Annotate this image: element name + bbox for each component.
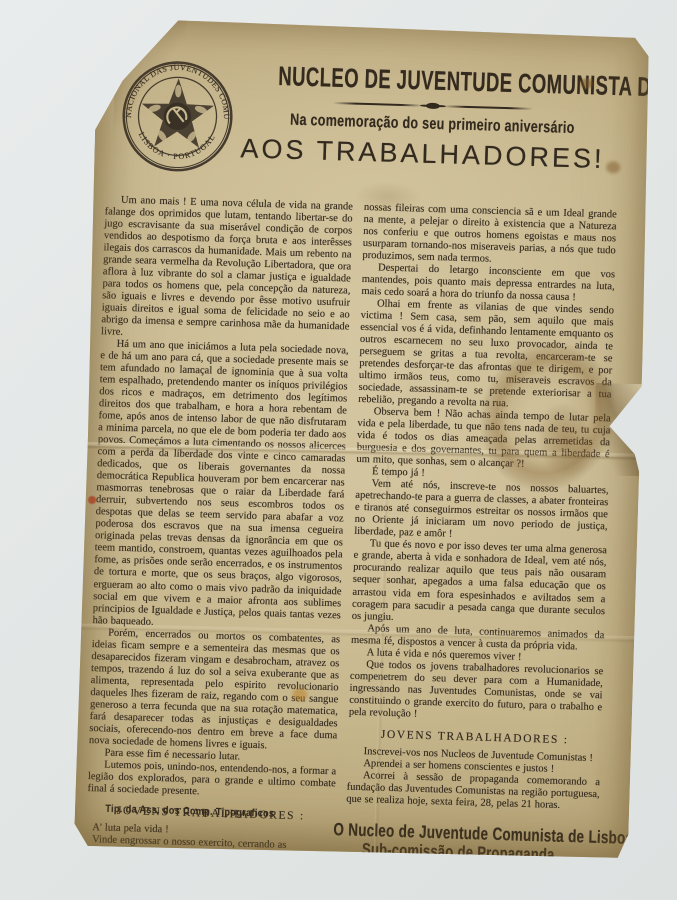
two-column-body: Um ano mais ! E uma nova célula de vida … xyxy=(85,194,617,891)
left-column: Um ano mais ! E uma nova célula de vida … xyxy=(85,194,353,884)
paragraph: nossas fileiras com uma consciencia sã e… xyxy=(362,202,617,270)
paragraph: Olhai em frente as vilanias de que vinde… xyxy=(358,298,614,414)
ornament-divider-icon xyxy=(333,100,533,112)
anniversary-subtitle: Na comemoração do seu primeiro aniversár… xyxy=(290,110,575,136)
paragraph: Observa bem ! Não achas ainda tempo de l… xyxy=(356,406,611,474)
paragraph: Tu que és novo e por isso deves ter uma … xyxy=(352,538,607,630)
star-hammer-sickle-seal-icon: JUNTA NACIONAL DAS JUVENTUDES COMUNISTAS… xyxy=(118,57,237,176)
svg-text:LISBOA · PORTUGAL: LISBOA · PORTUGAL xyxy=(136,130,217,162)
right-column: nossas fileiras com uma consciencia sã e… xyxy=(344,202,617,892)
leaflet-paper: JUNTA NACIONAL DAS JUVENTUDES COMUNISTAS… xyxy=(74,18,652,862)
paragraph: Um ano mais ! E uma nova célula de vida … xyxy=(101,194,353,345)
printed-content: JUNTA NACIONAL DAS JUVENTUDES COMUNISTAS… xyxy=(74,18,652,862)
section-heading: JOVENS TRABALHADORES : xyxy=(348,727,601,748)
headline: AOS TRABALHADORES! xyxy=(226,133,619,176)
paragraph: Lutemos pois, unindo-nos, entendendo-nos… xyxy=(87,759,336,802)
paragraph: Acorrei à sessão de propaganda comemoran… xyxy=(346,770,600,814)
paragraph: Que todos os jovens trabalhadores revolu… xyxy=(349,658,604,726)
paragraph: Vem até nós, inscreve-te nos nossos balu… xyxy=(354,478,609,546)
masthead: JUNTA NACIONAL DAS JUVENTUDES COMUNISTAS… xyxy=(105,58,621,199)
masthead-text: NUCLEO DE JUVENTUDE COMUNISTA DE LISBOA … xyxy=(245,62,621,138)
photo-of-document: { "photo": { "background_color": "#e4e7e… xyxy=(0,0,677,900)
paragraph: Há um ano que iniciámos a luta pela soci… xyxy=(92,338,348,634)
paragraph: Porém, encerrados ou mortos os combatent… xyxy=(89,627,340,754)
